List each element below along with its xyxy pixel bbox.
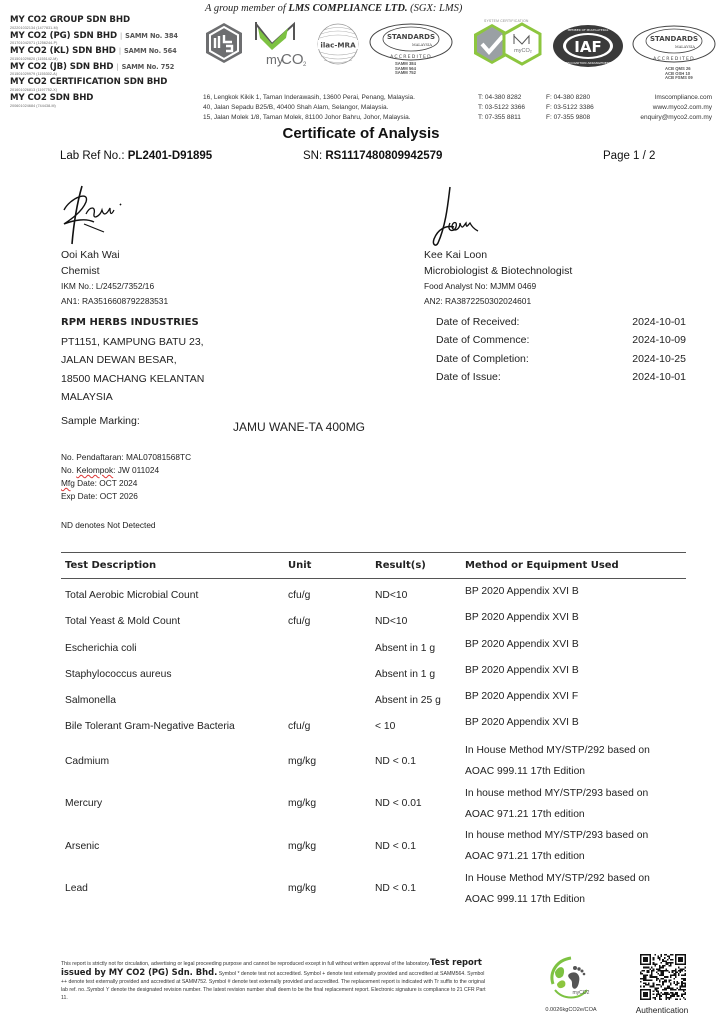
registration-value: MAL07081568TC [126,452,191,462]
signatory-role: Microbiologist & Biotechnologist [424,263,572,279]
cell-result: ND<10 [374,582,464,608]
fax-line: F: 07-355 9808 [546,113,594,123]
authentication-caption: Authentication [622,1005,702,1015]
date-label: Date of Issue: [436,369,501,387]
cell-test: Lead [61,883,285,894]
samm-accreditation-list: SAMM 384SAMM 564SAMM 752 [395,62,416,76]
date-value: 2024-10-01 [632,314,686,332]
cell-unit [285,687,374,713]
cell-method: BP 2020 Appendix XVI F [464,687,686,713]
cell-method: BP 2020 Appendix XVI B [464,635,686,661]
group-prefix: A group member of [205,3,288,14]
method-line: AOAC 971.21 17th edition [465,804,686,825]
mfg-date: Mfg Date: OCT 2024 [61,477,191,490]
method-line: AOAC 999.11 17th Edition [465,889,686,910]
client-address-line: MALAYSIA [61,388,204,407]
svg-text:ilac-MRA: ilac-MRA [320,41,356,50]
signatory-role: Chemist [61,263,168,279]
svg-text:IAF: IAF [574,38,601,56]
company-registration: 200601024684 (744438-M) [10,103,200,109]
company-name: MY CO2 GROUP SDN BHD [10,16,200,25]
cell-test: Mercury [61,798,285,809]
standards-malaysia-certification-logo-icon: STANDARDS MALAYSIA ACCREDITED [630,24,718,64]
web-line: lmscompliance.com [624,93,712,103]
cell-test: Cadmium [61,756,285,767]
client-address-line: 18500 MACHANG KELANTAN [61,370,204,389]
cell-method: In house method MY/STP/293 based onAOAC … [464,825,686,867]
sn-value: RS1117480809942579 [325,150,442,162]
company-name: MY CO2 SDN BHD [10,94,200,103]
company-entry: MY CO2 CERTIFICATION SDN BHD201601026813… [10,78,200,93]
method-line: BP 2020 Appendix XVI B [465,612,686,623]
cell-unit: mg/kg [285,883,374,894]
cell-result: ND < 0.1 [374,883,464,894]
exp-date: Exp Date: OCT 2026 [61,490,191,503]
batch-value: : JW 011024 [113,465,159,475]
client-block: RPM HERBS INDUSTRIES PT1151, KAMPUNG BAT… [61,314,204,407]
group-suffix: (SGX: LMS) [408,3,463,14]
address-line: 40, Jalan Sepadu B25/B, 40400 Shah Alam,… [203,103,415,113]
cell-result: Absent in 1 g [374,661,464,687]
date-row: Date of Commence:2024-10-09 [436,332,686,350]
cell-test: Bile Tolerant Gram-Negative Bacteria [61,713,285,739]
date-value: 2024-10-25 [632,351,686,369]
document-title: Certificate of Analysis [0,125,722,142]
iaf-logo-icon: IAF MEMBER OF MULTILATERAL RECOGNITION A… [552,24,624,68]
phone-block: T: 04-380 8282T: 03-5122 3366T: 07-355 8… [478,93,525,123]
lab-ref-value: PL2401-D91895 [128,150,212,162]
client-address-line: PT1151, KAMPUNG BATU 23, [61,333,204,352]
web-contact-block: lmscompliance.comwww.myco2.com.myenquiry… [624,93,712,123]
company-name: MY CO2 (JB) SDN BHD|SAMM No. 752 [10,63,200,72]
method-line: BP 2020 Appendix XVI B [465,665,686,676]
company-entry: MY CO2 (JB) SDN BHD|SAMM No. 75220150102… [10,63,200,78]
method-line: In house method MY/STP/293 based on [465,783,686,804]
cell-method: BP 2020 Appendix XVI B [464,661,686,687]
disclaimer-text: This report is strictly not for circulat… [61,961,430,967]
cell-unit [285,661,374,687]
method-line: AOAC 999.11 17th Edition [465,761,686,782]
company-name-text: MY CO2 SDN BHD [10,93,93,103]
samm-number: SAMM No. 384 [125,32,178,40]
company-name: MY CO2 CERTIFICATION SDN BHD [10,78,200,87]
sample-marking-label: Sample Marking: [61,415,140,427]
signatory-license: IKM No.: L/2452/7352/16 [61,279,168,294]
results-table: Test Description Unit Result(s) Method o… [61,552,686,910]
cell-result: ND<10 [374,608,464,634]
date-value: 2024-10-09 [632,332,686,350]
table-row: Arsenicmg/kgND < 0.1In house method MY/S… [61,825,686,868]
cell-test: Total Yeast & Mold Count [61,608,285,634]
phone-line: T: 03-5122 3366 [478,103,525,113]
cell-test: Staphylococcus aureus [61,661,285,687]
cell-method: In House Method MY/STP/292 based onAOAC … [464,740,686,782]
page-number: Page 1 / 2 [603,150,655,162]
serial-number: SN: RS1117480809942579 [303,150,442,162]
cell-result: < 10 [374,713,464,739]
sample-marking-value: JAMU WANE-TA 400MG [233,420,365,434]
cell-test: Arsenic [61,841,285,852]
svg-text:MEMBER OF MULTILATERAL: MEMBER OF MULTILATERAL [568,28,609,32]
company-entry: MY CO2 GROUP SDN BHD202201032134 (147783… [10,16,200,31]
date-label: Date of Commence: [436,332,529,350]
cell-result: ND < 0.1 [374,756,464,767]
group-name: LMS COMPLIANCE LTD. [288,3,407,14]
address-block: 16, Lengkok Kikik 1, Taman Inderawasih, … [203,93,415,123]
svg-text:myCO2: myCO2 [573,990,590,996]
company-name: MY CO2 (KL) SDN BHD|SAMM No. 564 [10,47,200,56]
cell-unit: mg/kg [285,756,374,767]
cell-method: BP 2020 Appendix XVI B [464,582,686,608]
mfg-label: Mfg [61,478,75,488]
batch-number: No. Kelompok: JW 011024 [61,464,191,477]
svg-text:STANDARDS: STANDARDS [650,35,698,43]
date-row: Date of Completion:2024-10-25 [436,351,686,369]
lms-logo-icon [205,22,243,64]
sn-label: SN: [303,150,325,162]
date-label: Date of Completion: [436,351,529,369]
cell-test: Escherichia coli [61,635,285,661]
samm-number: SAMM No. 752 [122,63,175,71]
cell-unit: cfu/g [285,608,374,634]
svg-text:myCO₂: myCO₂ [514,48,532,54]
method-line: In House Method MY/STP/292 based on [465,740,686,761]
svg-text:MALAYSIA: MALAYSIA [412,43,432,47]
method-line: BP 2020 Appendix XVI B [465,586,686,597]
chemist-signature-icon [60,180,140,250]
cell-result: Absent in 25 g [374,687,464,713]
signatory-microbiologist: Kee Kai Loon Microbiologist & Biotechnol… [424,247,572,309]
registration-number: No. Pendaftaran: MAL07081568TC [61,451,191,464]
standards-malaysia-logo-icon: STANDARDS MALAYSIA ACCREDITED [368,22,454,62]
cell-unit: cfu/g [285,582,374,608]
cell-unit [285,635,374,661]
table-row: Leadmg/kgND < 0.1In House Method MY/STP/… [61,867,686,910]
table-row: Total Yeast & Mold Countcfu/gND<10BP 202… [61,608,686,634]
phone-line: T: 04-380 8282 [478,93,525,103]
company-entry: MY CO2 (KL) SDN BHD|SAMM No. 56420150102… [10,47,200,62]
table-row: SalmonellaAbsent in 25 gBP 2020 Appendix… [61,687,686,713]
authentication-qr-code-icon[interactable] [640,954,686,1000]
svg-text:ACCREDITED: ACCREDITED [390,54,432,60]
acb-accreditation-list: ACB QMS 26ACB OSH 10ACB FSMS 09 [665,67,693,81]
nd-note: ND denotes Not Detected [61,520,156,530]
microbiologist-signature-icon [420,185,490,255]
ilac-mra-logo-icon: ilac-MRA [313,22,363,66]
web-line: enquiry@myco2.com.my [624,113,712,123]
signatory-name: Ooi Kah Wai [61,247,168,263]
header-method: Method or Equipment Used [464,560,686,571]
header-test-description: Test Description [61,560,285,571]
address-line: 16, Lengkok Kikik 1, Taman Inderawasih, … [203,93,415,103]
cell-test: Total Aerobic Microbial Count [61,582,285,608]
company-entry: MY CO2 SDN BHD200601024684 (744438-M) [10,94,200,109]
myco2-logo-icon: my CO 2 [250,18,310,70]
web-line: www.myco2.com.my [624,103,712,113]
phone-line: T: 07-355 8811 [478,113,525,123]
company-name-text: MY CO2 GROUP SDN BHD [10,15,130,25]
lab-ref: Lab Ref No.: PL2401-D91895 [60,150,212,162]
cell-unit: mg/kg [285,841,374,852]
cell-method: BP 2020 Appendix XVI B [464,608,686,634]
company-name: MY CO2 (PG) SDN BHD|SAMM No. 384 [10,32,200,41]
product-info: No. Pendaftaran: MAL07081568TC No. Kelom… [61,451,191,503]
table-row: Mercurymg/kgND < 0.01In house method MY/… [61,782,686,825]
client-name: RPM HERBS INDUSTRIES [61,314,204,333]
signatory-name: Kee Kai Loon [424,247,572,263]
svg-text:RECOGNITION ARRANGEMENT: RECOGNITION ARRANGEMENT [565,61,611,65]
group-membership-line: A group member of LMS COMPLIANCE LTD. (S… [205,3,462,14]
cell-result: ND < 0.1 [374,841,464,852]
method-line: In house method MY/STP/293 based on [465,825,686,846]
method-line: AOAC 971.21 17th edition [465,846,686,867]
svg-text:CO: CO [281,51,304,68]
cell-unit: cfu/g [285,713,374,739]
header-results: Result(s) [374,560,464,571]
method-line: In House Method MY/STP/292 based on [465,868,686,889]
cell-method: BP 2020 Appendix XVI B [464,713,686,739]
samm-item: SAMM 752 [395,71,416,76]
company-name-text: MY CO2 CERTIFICATION SDN BHD [10,77,167,87]
company-name-text: MY CO2 (KL) SDN BHD [10,46,116,56]
samm-number: SAMM No. 564 [124,47,177,55]
date-label: Date of Received: [436,314,519,332]
table-row: Total Aerobic Microbial Countcfu/gND<10B… [61,582,686,608]
date-row: Date of Issue:2024-10-01 [436,369,686,387]
cell-method: In house method MY/STP/293 based onAOAC … [464,783,686,825]
carbon-footprint-caption: 0.0026kgCO2e/COA [531,1007,611,1013]
svg-text:2: 2 [303,62,307,68]
svg-text:MALAYSIA: MALAYSIA [675,45,695,49]
table-row: Cadmiummg/kgND < 0.1In House Method MY/S… [61,740,686,783]
results-table-header: Test Description Unit Result(s) Method o… [61,552,686,579]
acb-item: ACB FSMS 09 [665,76,693,81]
svg-text:ACCREDITED: ACCREDITED [653,56,695,62]
cell-method: In House Method MY/STP/292 based onAOAC … [464,868,686,910]
signatory-an: AN2: RA3872250302024601 [424,294,572,309]
address-line: 15, Jalan Molek 1/8, Taman Molek, 81100 … [203,113,415,123]
batch-prefix: No. [61,465,76,475]
date-row: Date of Received:2024-10-01 [436,314,686,332]
results-table-body: Total Aerobic Microbial Countcfu/gND<10B… [61,579,686,910]
signatory-chemist: Ooi Kah Wai Chemist IKM No.: L/2452/7352… [61,247,168,309]
signatory-license: Food Analyst No: MJMM 0469 [424,279,572,294]
cell-result: ND < 0.01 [374,798,464,809]
carbon-footprint-logo-icon: myCO2 [545,954,593,1002]
fax-block: F: 04-380 8280F: 03-5122 3386F: 07-355 9… [546,93,594,123]
method-line: BP 2020 Appendix XVI F [465,691,686,702]
company-samm: |SAMM No. 564 [116,47,177,55]
fax-line: F: 03-5122 3386 [546,103,594,113]
dates-block: Date of Received:2024-10-01Date of Comme… [436,314,686,387]
table-row: Staphylococcus aureusAbsent in 1 gBP 202… [61,661,686,687]
client-address-line: JALAN DEWAN BESAR, [61,351,204,370]
cell-test: Salmonella [61,687,285,713]
method-line: BP 2020 Appendix XVI B [465,717,686,728]
signatory-an: AN1: RA3516608792283531 [61,294,168,309]
method-line: BP 2020 Appendix XVI B [465,639,686,650]
company-entry: MY CO2 (PG) SDN BHD|SAMM No. 38420170104… [10,32,200,47]
company-name-text: MY CO2 (JB) SDN BHD [10,62,113,72]
table-row: Bile Tolerant Gram-Negative Bacteriacfu/… [61,713,686,739]
registration-label: No. Pendaftaran: [61,452,126,462]
svg-text:STANDARDS: STANDARDS [387,33,435,41]
date-value: 2024-10-01 [632,369,686,387]
company-list: MY CO2 GROUP SDN BHD202201032134 (147783… [10,16,200,110]
company-samm: |SAMM No. 384 [117,32,178,40]
cell-result: Absent in 1 g [374,635,464,661]
company-name-text: MY CO2 (PG) SDN BHD [10,31,117,41]
cell-unit: mg/kg [285,798,374,809]
disclaimer: This report is strictly not for circulat… [61,958,491,1002]
lab-ref-label: Lab Ref No.: [60,150,128,162]
mfg-value: Date: OCT 2024 [75,478,138,488]
table-row: Escherichia coliAbsent in 1 gBP 2020 App… [61,635,686,661]
company-samm: |SAMM No. 752 [113,63,174,71]
header-unit: Unit [285,560,374,571]
fax-line: F: 04-380 8280 [546,93,594,103]
batch-label: Kelompok [76,465,113,475]
system-certification-logo-icon: myCO₂ [470,18,546,70]
